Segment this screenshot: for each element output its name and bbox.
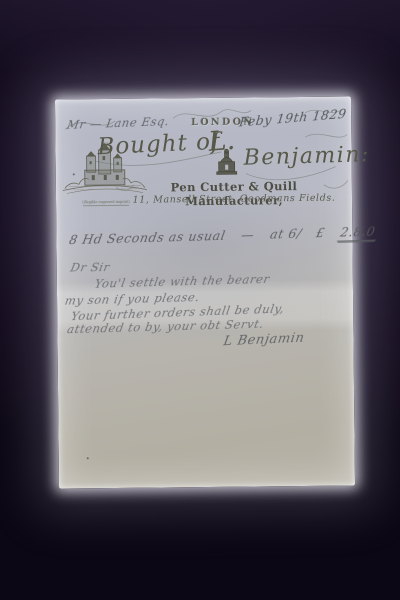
addressee: Mr — Lane Esq.: [67, 114, 170, 132]
signature: L Benjamin: [223, 331, 305, 350]
entry-description: 8 Hd Seconds as usual: [68, 228, 227, 247]
letter-line-1-text: You'l settle with the bearer: [94, 272, 271, 291]
letter-salutation: Dr Sir: [71, 260, 110, 274]
headline-bought-of: Bought of: [97, 129, 221, 161]
charge-entry-line: 8 Hd Seconds as usual—at 6/£2.8.0: [69, 224, 378, 250]
paper-speck: [73, 173, 75, 175]
light-glow: [0, 0, 400, 70]
signature-text: L Benjamin: [222, 330, 305, 349]
entry-amount: 2.8.0: [337, 223, 379, 241]
addressee-text: Mr — Lane Esq.: [66, 114, 171, 132]
entry-currency: £: [315, 225, 326, 240]
paper-speck: [87, 457, 89, 459]
address-line: 11, Mansell Street, Goodmans Fields.: [126, 193, 342, 206]
date-text: Feby 19th 1829: [238, 106, 347, 130]
date: Feby 19th 1829: [239, 106, 347, 130]
salutation-text: Dr Sir: [69, 260, 111, 274]
center-emblem-engraving: [213, 148, 239, 176]
slide-photo: (illegible engraved imprint) Mr — Lane E…: [0, 0, 400, 600]
headline-surname: Benjamin:: [243, 142, 370, 171]
entry-dash: —: [240, 227, 256, 242]
letter-line-1: You'l settle with the bearer: [95, 272, 270, 291]
entry-rate: at 6/: [269, 226, 303, 242]
billhead-document: (illegible engraved imprint) Mr — Lane E…: [55, 96, 355, 488]
